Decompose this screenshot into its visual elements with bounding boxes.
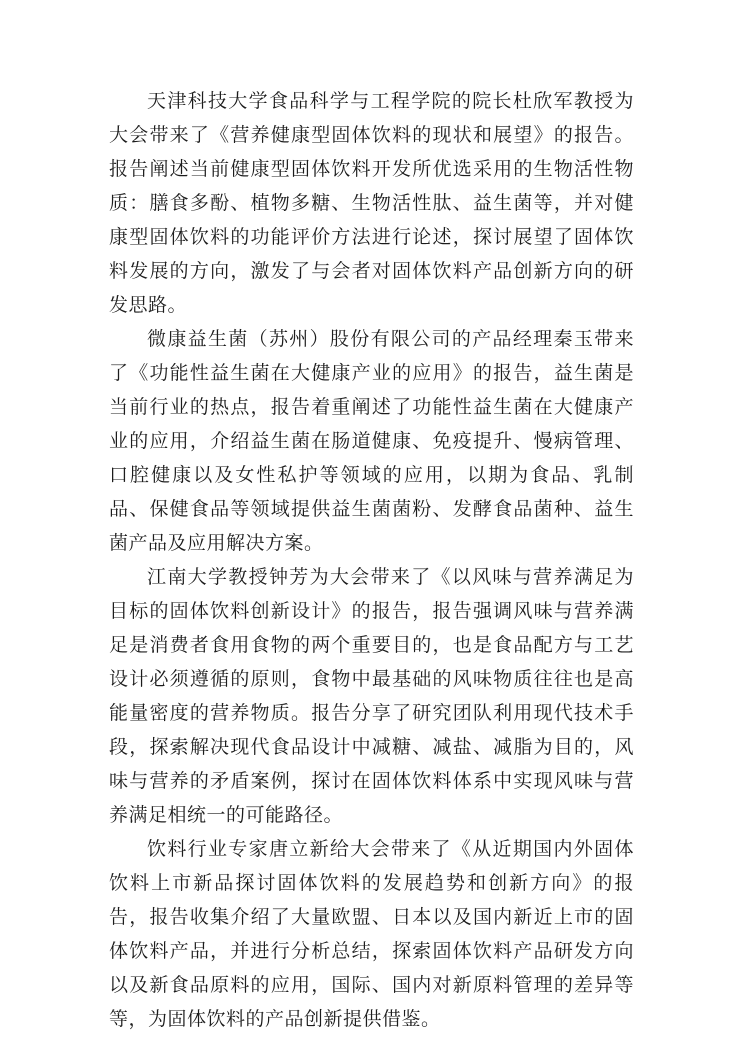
paragraph-speaker-du-xinjun: 天津科技大学食品科学与工程学院的院长杜欣军教授为大会带来了《营养健康型固体饮料的…: [109, 84, 634, 322]
document-page: 天津科技大学食品科学与工程学院的院长杜欣军教授为大会带来了《营养健康型固体饮料的…: [0, 0, 745, 1053]
document-body: 天津科技大学食品科学与工程学院的院长杜欣军教授为大会带来了《营养健康型固体饮料的…: [109, 84, 634, 1036]
paragraph-speaker-tang-lixin: 饮料行业专家唐立新给大会带来了《从近期国内外固体饮料上市新品探讨固体饮料的发展趋…: [109, 832, 634, 1036]
paragraph-speaker-qin-yu: 微康益生菌（苏州）股份有限公司的产品经理秦玉带来了《功能性益生菌在大健康产业的应…: [109, 322, 634, 560]
paragraph-speaker-zhong-fang: 江南大学教授钟芳为大会带来了《以风味与营养满足为目标的固体饮料创新设计》的报告，…: [109, 560, 634, 832]
